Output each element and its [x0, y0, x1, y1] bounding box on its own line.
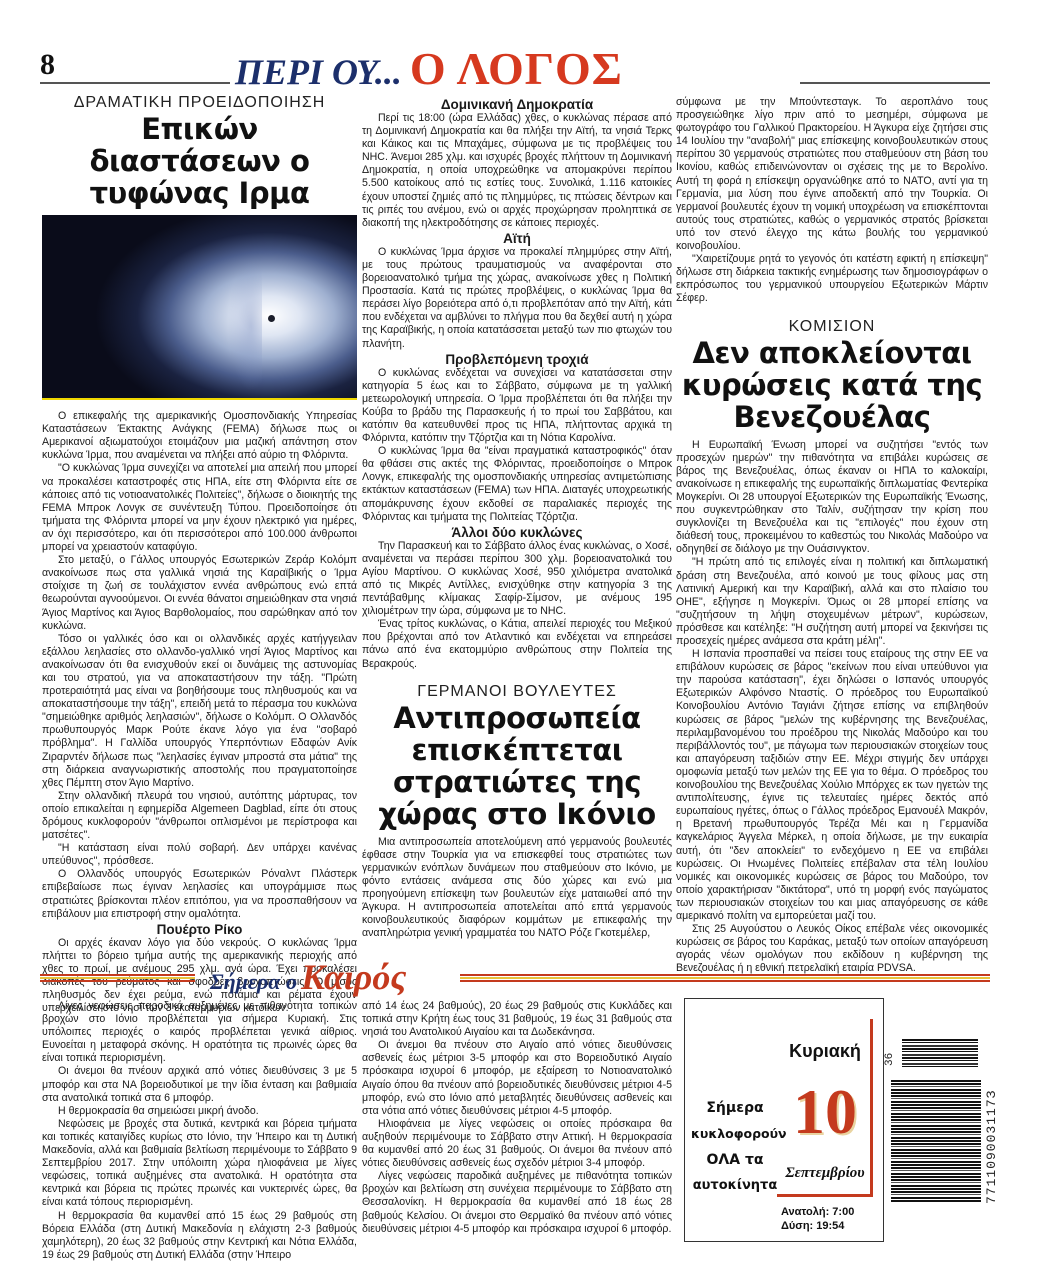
masthead-rule-left [40, 82, 230, 84]
weather-banner: Σήμερα οΚαιρός [40, 960, 990, 996]
traffic-notice-line: κυκλοφορούν [691, 1121, 779, 1147]
day-number: 10 [777, 1077, 873, 1147]
venezuela-paragraph: "Η πρώτη από τις επιλογές είναι η πολιτι… [676, 556, 988, 648]
irma-paragraph: Την Παρασκευή και το Σάββατο άλλος ένας … [362, 540, 672, 619]
traffic-notice-line: ΟΛΑ τα [691, 1147, 779, 1173]
sunrise: Ανατολή: 7:00 [781, 1205, 854, 1219]
germans-kicker: ΓΕΡΜΑΝΟΙ ΒΟΥΛΕΥΤΕΣ [362, 685, 672, 698]
masthead: 8 ΠΕΡΙ ΟΥ...Ο ΛΟΓΟΣ [40, 48, 990, 88]
weather-paragraph: Η θερμοκρασία θα κυμανθεί από 15 έως 29 … [42, 1210, 357, 1262]
weather-title-part1: Σήμερα ο [210, 969, 297, 994]
germans-headline: Αντιπροσωπεία επισκέπτεται στρατιώτες τη… [362, 702, 672, 830]
month-name: Σεπτεμβρίου [777, 1165, 873, 1182]
masthead-rule-right [800, 82, 990, 84]
page-number: 8 [40, 48, 55, 82]
irma-paragraph: Ένας τρίτος κυκλώνας, ο Κάτια, απειλεί π… [362, 618, 672, 670]
venezuela-headline: Δεν αποκλείονται κυρώσεις κατά της Βενεζ… [676, 337, 988, 433]
traffic-notice-line: αυτοκίνητα [691, 1173, 779, 1199]
germans-paragraph: Μια αντιπροσωπεία αποτελούμενη από γερμα… [362, 836, 672, 941]
venezuela-paragraph: Η Ευρωπαϊκή Ένωση μπορεί να συζητήσει "ε… [676, 439, 988, 557]
irma-paragraph: Ο κυκλώνας ενδέχεται να συνεχίσει να κατ… [362, 367, 672, 446]
cloud-band [152, 215, 262, 400]
irma-paragraph: Περί τις 18:00 (ώρα Ελλάδας) χθες, ο κυκ… [362, 112, 672, 230]
section-title-part2: Ο ΛΟΓΟΣ [410, 43, 623, 94]
weather-paragraph: Λίγες νεφώσεις παροδικά αυξημένες με πιθ… [42, 1000, 357, 1065]
column-1: ΔΡΑΜΑΤΙΚΗ ΠΡΟΕΙΔΟΠΟΙΗΣΗ Επικών διαστάσεω… [42, 96, 357, 1015]
venezuela-paragraph: Η Ισπανία προσπαθεί να πείσει τους εταίρ… [676, 648, 988, 923]
germans-paragraph: σύμφωνα με την Μπούντεσταγκ. Το αεροπλάν… [676, 96, 988, 253]
weather-title: Σήμερα οΚαιρός [210, 956, 406, 998]
subhead-dominican-republic: Δομινικανή Δημοκρατία [362, 97, 672, 112]
irma-paragraph: Ο κυκλώνας Ίρμα άρχισε να προκαλεί πλημμ… [362, 246, 672, 351]
subhead-puerto-rico: Πουέρτο Ρίκο [42, 922, 357, 937]
sun-times: Ανατολή: 7:00 Δύση: 19:54 [781, 1205, 854, 1233]
weather-paragraph: Οι άνεμοι θα πνέουν αρχικά από νότιες δι… [42, 1065, 357, 1104]
sunset: Δύση: 19:54 [781, 1219, 854, 1233]
weather-paragraph: Ηλιοφάνεια με λίγες νεφώσεις οι οποίες π… [362, 1118, 672, 1170]
irma-paragraph: Στην ολλανδική πλευρά του νησιού, αυτόπτ… [42, 790, 357, 842]
weather-rule-right [460, 974, 990, 982]
traffic-notice-line: Σήμερα [691, 1095, 779, 1121]
subhead-other-cyclones: Άλλοι δύο κυκλώνες [362, 525, 672, 540]
weather-paragraph: Νεφώσεις με βροχές στα δυτικά, κεντρικά … [42, 1118, 357, 1210]
irma-paragraph: Ο Ολλανδός υπουργός Εσωτερικών Ρόναλντ Π… [42, 868, 357, 920]
irma-paragraph: "Η κατάσταση είναι πολύ σοβαρή. Δεν υπάρ… [42, 842, 357, 868]
section-title-part1: ΠΕΡΙ ΟΥ... [235, 52, 402, 92]
ean-barcode-icon [891, 1080, 981, 1202]
irma-headline: Επικών διαστάσεων ο τυφώνας Ιρμα [42, 113, 357, 209]
issue-number: 36 [884, 1053, 896, 1066]
weather-rule-left [40, 974, 195, 982]
column-3: σύμφωνα με την Μπούντεσταγκ. Το αεροπλάν… [676, 96, 988, 975]
weather-paragraph: Οι άνεμοι θα πνέουν στο Αιγαίο από νότιε… [362, 1039, 672, 1118]
irma-paragraph: Τόσο οι γαλλικές όσο και οι ολλανδικές α… [42, 633, 357, 790]
weather-paragraph: από 14 έως 24 βαθμούς), 20 έως 29 βαθμού… [362, 1000, 672, 1039]
subhead-haiti: Αϊτή [362, 231, 672, 246]
irma-paragraph: Ο κυκλώνας Ίρμα θα "είναι πραγματικά κατ… [362, 445, 672, 524]
weather-paragraph: Λίγες νεφώσεις παροδικά αυξημένες με πιθ… [362, 1170, 672, 1235]
hurricane-eye-icon [268, 315, 275, 322]
irma-paragraph: Στο μεταξύ, ο Γάλλος υπουργός Εσωτερικών… [42, 554, 357, 633]
hurricane-photo [42, 215, 357, 400]
column-2: Δομινικανή Δημοκρατία Περί τις 18:00 (ώρ… [362, 96, 672, 941]
date-box: Σήμερα κυκλοφορούν ΟΛΑ τα αυτοκίνητα Κυρ… [684, 998, 884, 1242]
day-name: Κυριακή [777, 1041, 873, 1062]
irma-paragraph: "Ο κυκλώνας Ίρμα συνεχίζει να αποτελεί μ… [42, 462, 357, 554]
section-title: ΠΕΡΙ ΟΥ...Ο ΛΟΓΟΣ [235, 42, 623, 95]
ean-digits: 771109003117З [984, 1090, 999, 1204]
weather-column-2: από 14 έως 24 βαθμούς), 20 έως 29 βαθμού… [362, 1000, 672, 1236]
weather-paragraph: Η θερμοκρασία θα σημειώσει μικρή άνοδο. [42, 1105, 357, 1118]
traffic-notice: Σήμερα κυκλοφορούν ΟΛΑ τα αυτοκίνητα [691, 1095, 779, 1199]
irma-kicker: ΔΡΑΜΑΤΙΚΗ ΠΡΟΕΙΔΟΠΟΙΗΣΗ [42, 96, 357, 109]
germans-paragraph: "Χαιρετίζουμε ρητά το γεγονός ότι κατέστ… [676, 253, 988, 305]
weather-title-part2: Καιρός [301, 957, 406, 997]
irma-paragraph: Ο επικεφαλής της αμερικανικής Ομοσπονδια… [42, 410, 357, 462]
venezuela-kicker: ΚΟΜΙΣΙΟΝ [676, 320, 988, 333]
issue-barcode-icon [902, 1039, 978, 1067]
subhead-forecast-track: Προβλεπόμενη τροχιά [362, 352, 672, 367]
weather-column-1: Λίγες νεφώσεις παροδικά αυξημένες με πιθ… [42, 1000, 357, 1262]
